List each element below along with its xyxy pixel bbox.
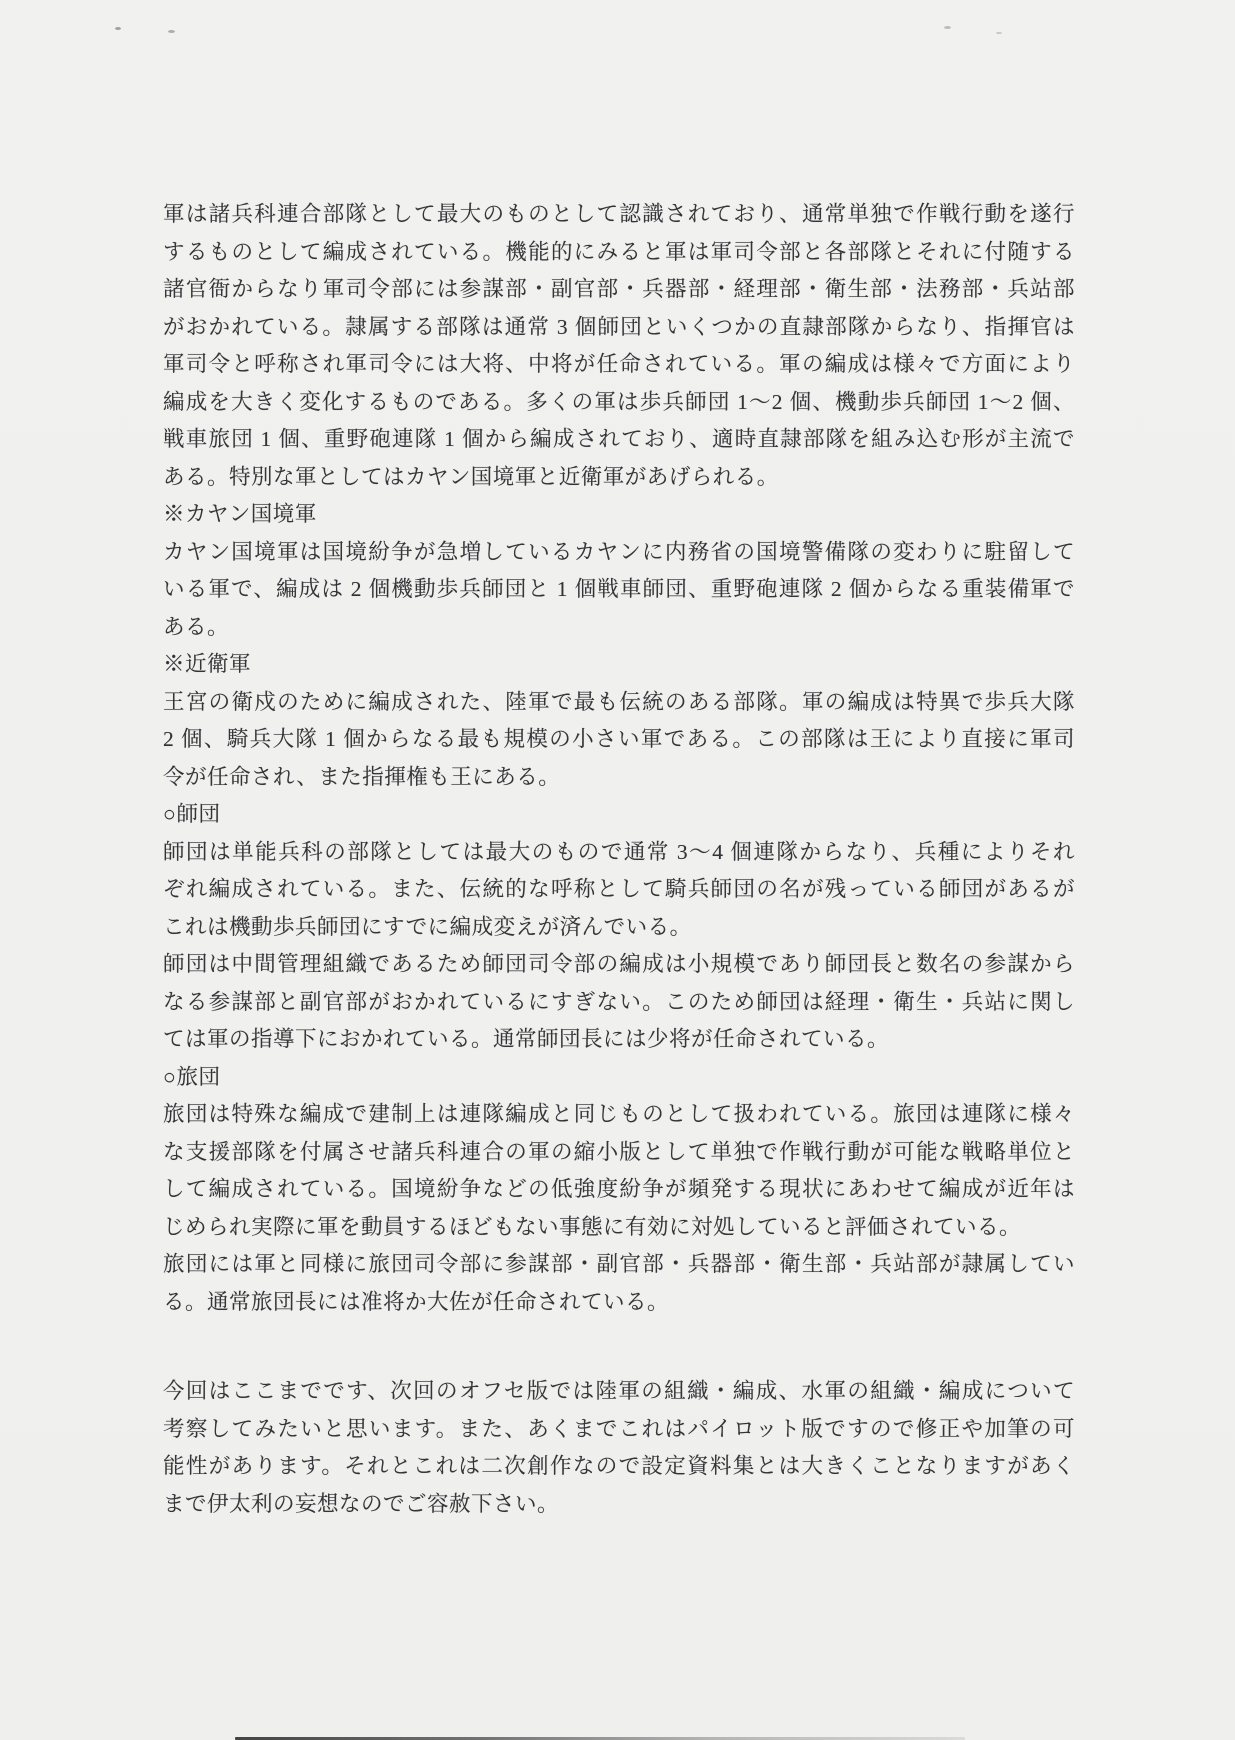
text-line: 師団は中間管理組織であるため師団司令部の編成は小規模であり師団長と数名の参謀から — [163, 946, 1075, 984]
text-line: ある。 — [163, 609, 1075, 647]
document-body: 軍は諸兵科連合部隊として最大のものとして認識されており、通常単独で作戦行動を遂行… — [163, 196, 1075, 1523]
scan-speck — [168, 30, 175, 33]
text-line: 軍司令と呼称され軍司令には大将、中将が任命されている。軍の編成は様々で方面により — [163, 346, 1075, 384]
text-line: いる軍で、編成は 2 個機動歩兵師団と 1 個戦車師団、重野砲連隊 2 個からな… — [163, 571, 1075, 609]
text-line: ある。特別な軍としてはカヤン国境軍と近衛軍があげられる。 — [163, 459, 1075, 497]
text-line: するものとして編成されている。機能的にみると軍は軍司令部と各部隊とそれに付随する — [163, 234, 1075, 272]
text-line: がおかれている。隷属する部隊は通常 3 個師団といくつかの直隷部隊からなり、指揮… — [163, 309, 1075, 347]
scan-speck — [944, 26, 951, 29]
text-line: カヤン国境軍は国境紛争が急増しているカヤンに内務省の国境警備隊の変わりに駐留して — [163, 534, 1075, 572]
scan-speck — [996, 32, 1002, 34]
text-line: ※近衛軍 — [163, 646, 1075, 684]
text-line: ○師団 — [163, 796, 1075, 834]
text-line: 王宮の衛戍のために編成された、陸軍で最も伝統のある部隊。軍の編成は特異で歩兵大隊 — [163, 684, 1075, 722]
text-line: 軍は諸兵科連合部隊として最大のものとして認識されており、通常単独で作戦行動を遂行 — [163, 196, 1075, 234]
text-line: 今回はここまでです、次回のオフセ版では陸軍の組織・編成、水軍の組織・編成について — [163, 1373, 1075, 1411]
text-line: 師団は単能兵科の部隊としては最大のもので通常 3～4 個連隊からなり、兵種により… — [163, 834, 1075, 872]
text-line: 旅団には軍と同様に旅団司令部に参謀部・副官部・兵器部・衛生部・兵站部が隷属してい — [163, 1246, 1075, 1284]
text-line: 能性があります。それとこれは二次創作なので設定資料集とは大きくことなりますがあく — [163, 1448, 1075, 1486]
text-line: して編成されている。国境紛争などの低強度紛争が頻発する現状にあわせて編成が近年は — [163, 1171, 1075, 1209]
text-line: ては軍の指導下におかれている。通常師団長には少将が任命されている。 — [163, 1021, 1075, 1059]
text-line: じめられ実際に軍を動員するほどもない事態に有効に対処していると評価されている。 — [163, 1209, 1075, 1247]
text-line: ○旅団 — [163, 1059, 1075, 1097]
text-line: まで伊太利の妄想なのでご容赦下さい。 — [163, 1486, 1075, 1524]
text-line: 諸官衙からなり軍司令部には参謀部・副官部・兵器部・経理部・衛生部・法務部・兵站部 — [163, 271, 1075, 309]
text-line: な支援部隊を付属させ諸兵科連合の軍の縮小版として単独で作戦行動が可能な戦略単位と — [163, 1134, 1075, 1172]
text-line: 考察してみたいと思います。また、あくまでこれはパイロット版ですので修正や加筆の可 — [163, 1411, 1075, 1449]
text-line: ぞれ編成されている。また、伝統的な呼称として騎兵師団の名が残っている師団があるが — [163, 871, 1075, 909]
text-line: 戦車旅団 1 個、重野砲連隊 1 個から編成されており、適時直隷部隊を組み込む形… — [163, 421, 1075, 459]
text-line: なる参謀部と副官部がおかれているにすぎない。このため師団は経理・衛生・兵站に関し — [163, 984, 1075, 1022]
text-line: 旅団は特殊な編成で建制上は連隊編成と同じものとして扱われている。旅団は連隊に様々 — [163, 1096, 1075, 1134]
text-line: ※カヤン国境軍 — [163, 496, 1075, 534]
text-line: 2 個、騎兵大隊 1 個からなる最も規模の小さい軍である。この部隊は王により直接… — [163, 721, 1075, 759]
text-line: 編成を大きく変化するものである。多くの軍は歩兵師団 1～2 個、機動歩兵師団 1… — [163, 384, 1075, 422]
text-line: これは機動歩兵師団にすでに編成変えが済んでいる。 — [163, 909, 1075, 947]
text-line: る。通常旅団長には准将か大佐が任命されている。 — [163, 1284, 1075, 1322]
scan-speck — [115, 27, 121, 30]
scanned-document-page: 軍は諸兵科連合部隊として最大のものとして認識されており、通常単独で作戦行動を遂行… — [0, 0, 1235, 1740]
text-line: 令が任命され、また指揮権も王にある。 — [163, 759, 1075, 797]
